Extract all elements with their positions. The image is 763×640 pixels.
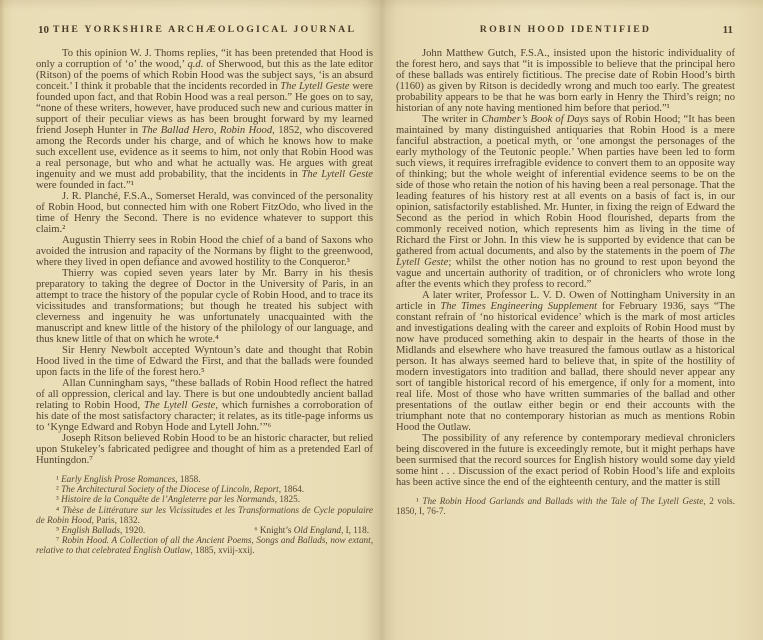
paragraph: J. R. Planché, F.S.A., Somerset Herald, … — [36, 191, 373, 235]
left-page-header: 10 THE YORKSHIRE ARCHÆOLOGICAL JOURNAL — [36, 24, 373, 38]
paragraph: John Matthew Gutch, F.S.A., insisted upo… — [396, 48, 735, 114]
right-body-text: John Matthew Gutch, F.S.A., insisted upo… — [396, 48, 735, 488]
paragraph: The writer in Chamber’s Book of Days say… — [396, 114, 735, 290]
footnote: ⁷ Robin Hood. A Collection of all the An… — [36, 535, 373, 555]
footnote: ⁵ English Ballads, 1920. — [36, 525, 145, 535]
footnote: ¹ Early English Prose Romances, 1858. — [36, 474, 373, 484]
paragraph: The possibility of any reference by cont… — [396, 433, 735, 488]
right-page: ROBIN HOOD IDENTIFIED 11 John Matthew Gu… — [382, 0, 763, 640]
left-footnotes: ¹ Early English Prose Romances, 1858. ² … — [36, 474, 373, 556]
footnote-row: ⁵ English Ballads, 1920. ⁶ Knight’s Old … — [36, 525, 373, 535]
footnote: ⁴ Thèse de Littérature sur les Vicissitu… — [36, 505, 373, 525]
footnote: ³ Histoire de la Conquête de l’Angleterr… — [36, 494, 373, 504]
right-page-header: ROBIN HOOD IDENTIFIED 11 — [396, 24, 735, 38]
footnote: ¹ The Robin Hood Garlands and Ballads wi… — [396, 496, 735, 516]
left-running-title: THE YORKSHIRE ARCHÆOLOGICAL JOURNAL — [53, 24, 356, 35]
paragraph: Sir Henry Newbolt accepted Wyntoun’s dat… — [36, 345, 373, 378]
right-footnotes: ¹ The Robin Hood Garlands and Ballads wi… — [396, 496, 735, 516]
book-spread: 10 THE YORKSHIRE ARCHÆOLOGICAL JOURNAL T… — [0, 0, 763, 640]
footnote: ⁶ Knight’s Old England, I, 118. — [254, 525, 373, 535]
paragraph: Thierry was copied seven years later by … — [36, 268, 373, 345]
paragraph: Joseph Ritson believed Robin Hood to be … — [36, 433, 373, 466]
left-body-text: To this opinion W. J. Thoms replies, “it… — [36, 48, 373, 466]
left-page-number: 10 — [38, 24, 49, 36]
paragraph: Allan Cunningham says, “these ballads of… — [36, 378, 373, 433]
paragraph: Augustin Thierry sees in Robin Hood the … — [36, 235, 373, 268]
right-running-title: ROBIN HOOD IDENTIFIED — [480, 24, 651, 35]
right-page-number: 11 — [723, 24, 733, 36]
paragraph: To this opinion W. J. Thoms replies, “it… — [36, 48, 373, 191]
left-page: 10 THE YORKSHIRE ARCHÆOLOGICAL JOURNAL T… — [0, 0, 382, 640]
paragraph: A later writer, Professor L. V. D. Owen … — [396, 290, 735, 433]
footnote: ² The Architectural Society of the Dioce… — [36, 484, 373, 494]
